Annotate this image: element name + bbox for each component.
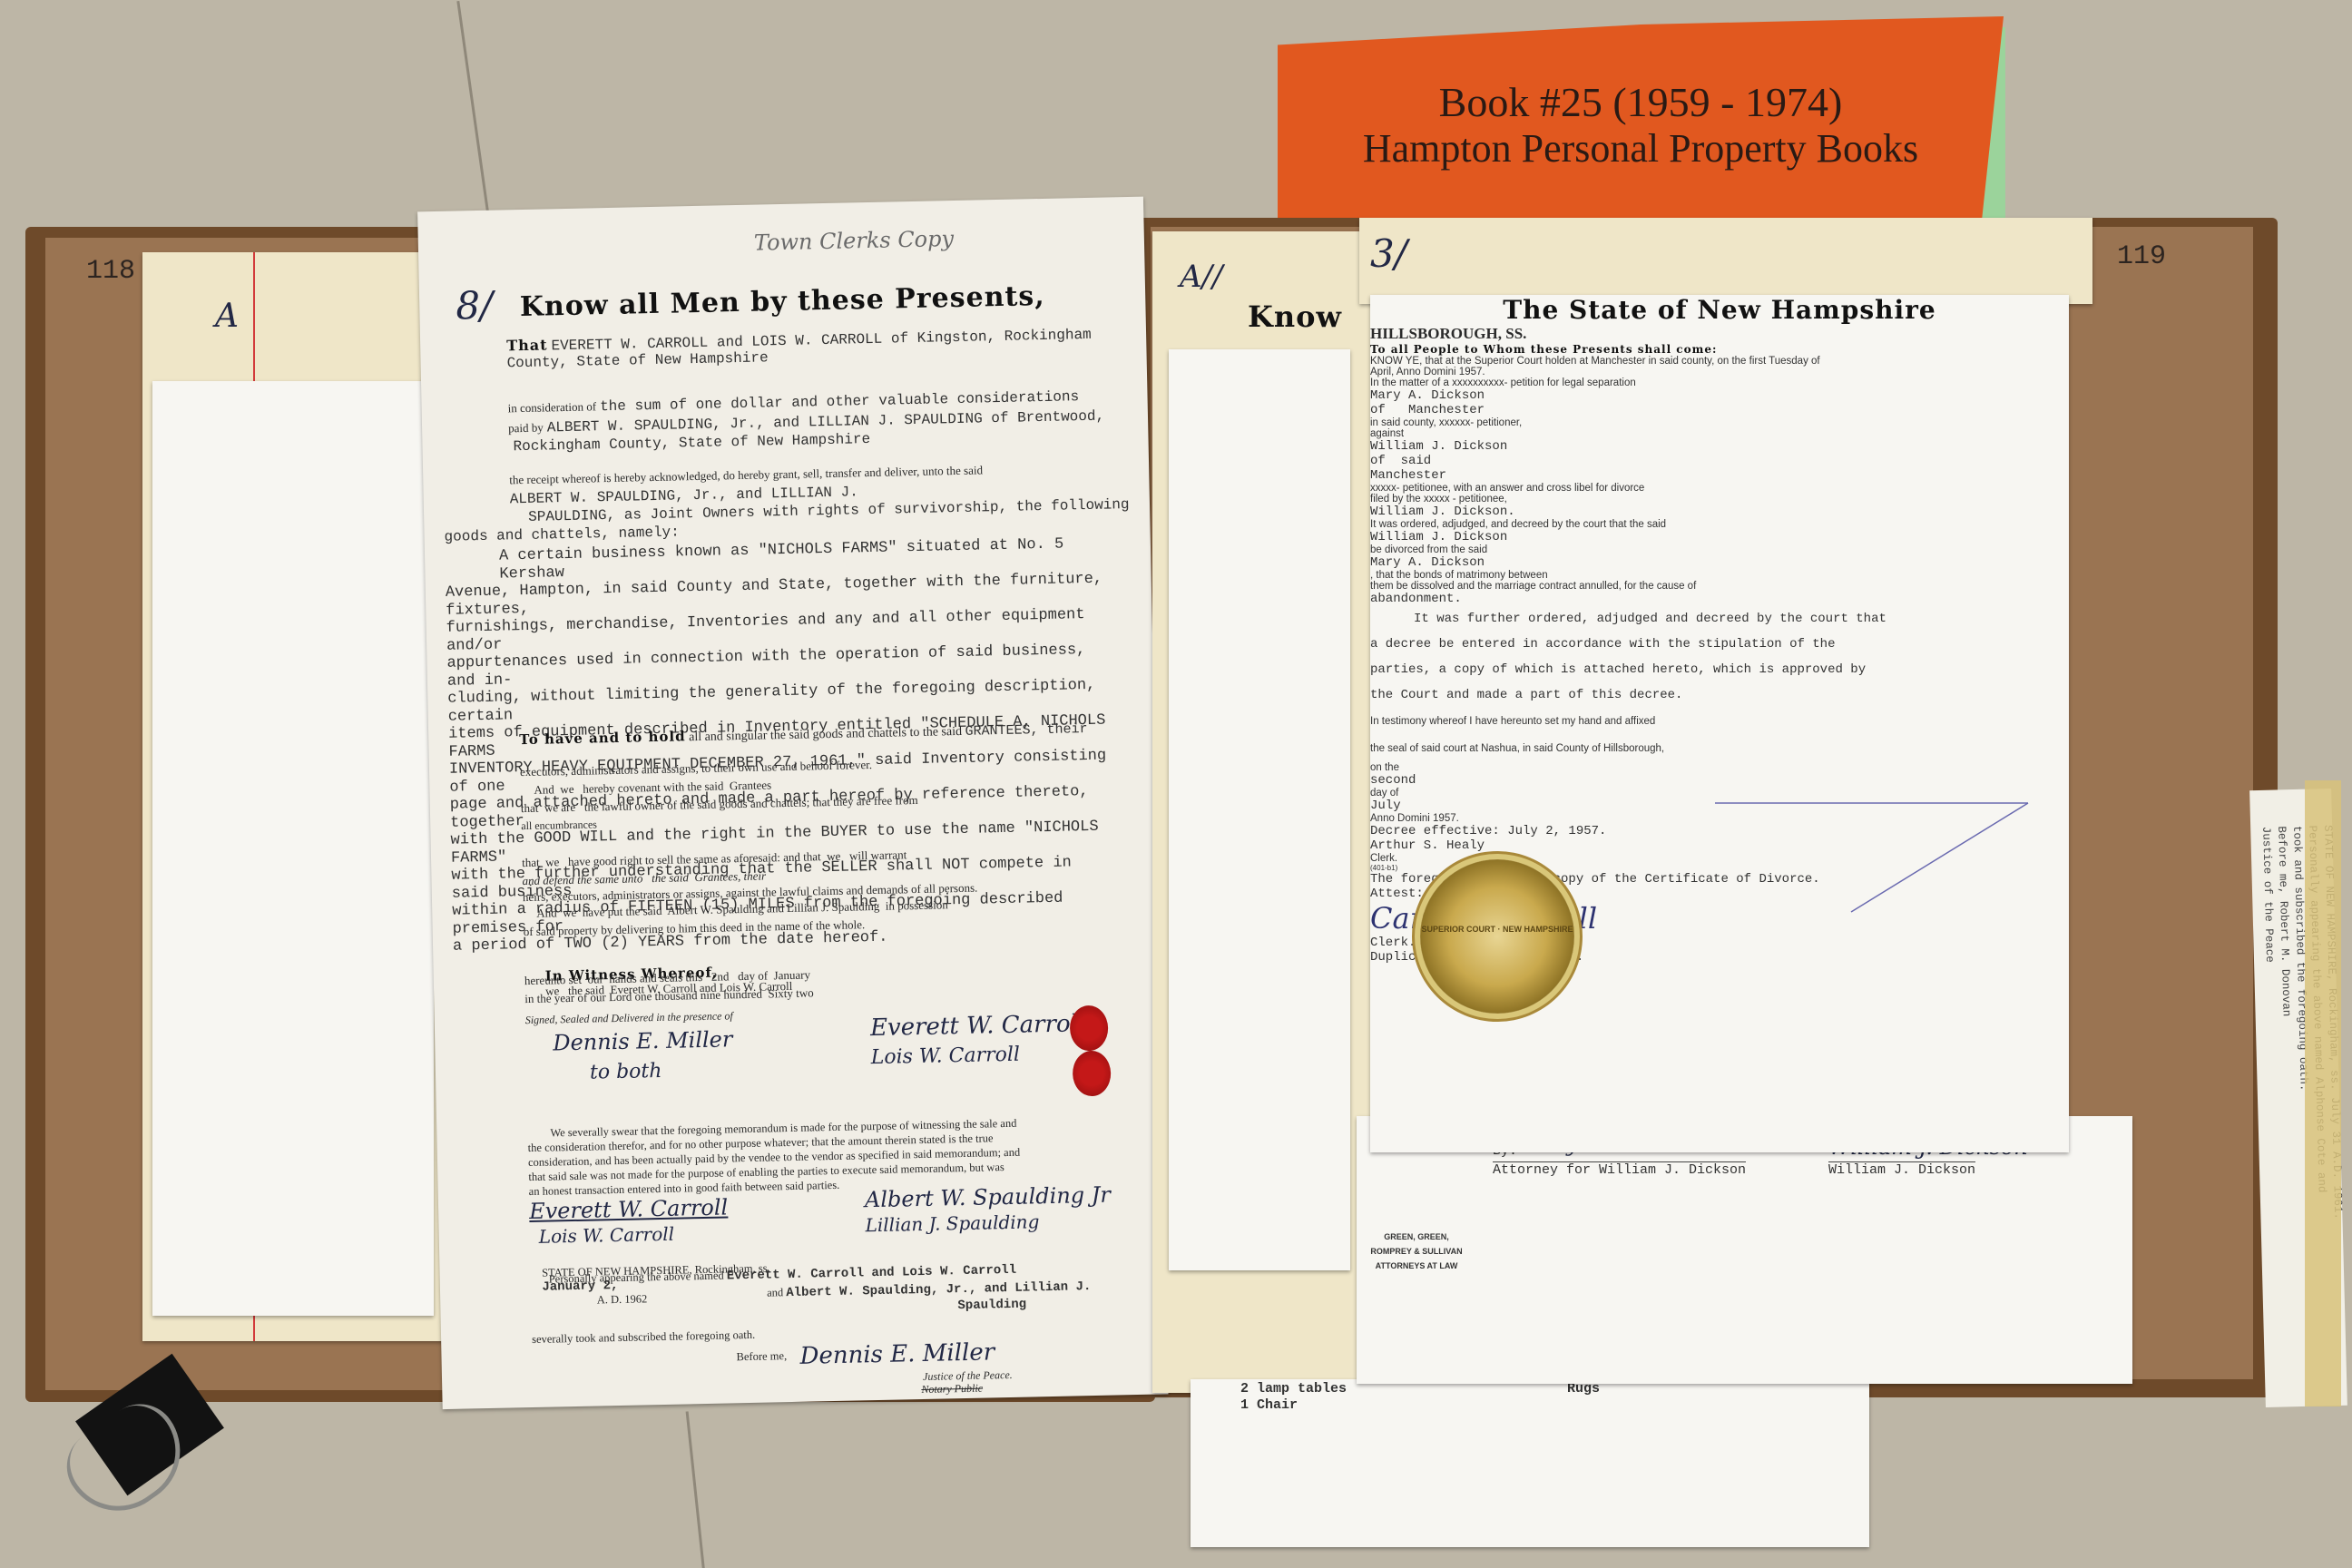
paid-by-prefix: paid by <box>508 421 544 436</box>
divorce-certificate: The State of New Hampshire HILLSBOROUGH,… <box>1370 295 2069 1152</box>
know-ye: KNOW YE, that at the Superior Court hold… <box>1370 356 2069 367</box>
on-the: on the <box>1370 762 2069 773</box>
insert-heading: Know <box>1248 299 1342 334</box>
grantor-signature-2: Lois W. Carroll <box>870 1044 1020 1069</box>
cause: abandonment. <box>1370 592 2069 606</box>
attorney-line: Attorney for William J. Dickson <box>1493 1161 1746 1178</box>
inventory-item: 1 Chair <box>1240 1397 1298 1413</box>
state-ad: A. D. 1962 <box>597 1292 648 1306</box>
further-order: It was further ordered, adjudged and dec… <box>1370 606 2069 708</box>
pencil-note: Town Clerks Copy <box>754 226 955 256</box>
habendum-lead: To have and to hold <box>519 728 686 748</box>
further-line: parties, a copy of which is attached her… <box>1370 657 2069 682</box>
insert-margin-mark: A// <box>1180 259 1222 295</box>
law-firm-block: GREEN, GREEN, ROMPREY & SULLIVAN ATTORNE… <box>1362 1230 1471 1273</box>
salutation: To all People to Whom these Presents sha… <box>1370 343 2069 356</box>
firm-line: ROMPREY & SULLIVAN <box>1362 1244 1471 1259</box>
certificate-header-strip: 3/ <box>1359 218 2092 304</box>
certificate-margin-mark: 3/ <box>1370 231 1407 276</box>
adhesive-tape <box>2305 780 2341 1406</box>
testimony-line: the seal of said court at Nashua, in sai… <box>1370 735 2069 762</box>
that-prefix: That <box>506 336 548 354</box>
blank-slip <box>152 381 434 1316</box>
day-word: second <box>1370 773 2069 788</box>
jp-signature: Dennis E. Miller <box>799 1338 995 1369</box>
against: against <box>1370 428 2069 439</box>
wax-seal <box>1070 1005 1109 1052</box>
wax-seal <box>1073 1051 1112 1097</box>
other-party: Mary A. Dickson <box>1370 555 2069 570</box>
in-county: in said county, xxxxxx- petitioner, <box>1370 417 2069 428</box>
oath-signature-4: Lillian J. Spaulding <box>865 1210 1039 1236</box>
habendum-typed: GRANTEES, their <box>965 721 1087 740</box>
further-line: a decree be entered in accordance with t… <box>1370 632 2069 657</box>
petitionee-line: xxxxx- petitionee, with an answer and cr… <box>1370 483 2069 494</box>
certificate-title: The State of New Hampshire <box>1370 295 2069 325</box>
book-label: Book #25 (1959 - 1974) Hampton Personal … <box>1278 16 2004 220</box>
bill-of-sale-deed: Town Clerks Copy 8/ Know all Men by thes… <box>417 197 1168 1409</box>
desk-seam <box>686 1411 706 1568</box>
further-line: It was further ordered, adjudged and dec… <box>1370 606 2069 632</box>
desk-seam <box>456 1 489 217</box>
inventory-slip: 2 lamp tables 1 Chair Rugs <box>1191 1379 1869 1547</box>
testimony: In testimony whereof I have hereunto set… <box>1370 708 2069 762</box>
margin-mark: A <box>215 298 239 335</box>
witness-signature-note: to both <box>590 1060 662 1084</box>
oath-signature-3: Albert W. Spaulding Jr <box>865 1182 1111 1213</box>
page-number-left: 118 <box>86 256 135 287</box>
respondent-city: Manchester <box>1370 468 2069 483</box>
filed-by-name: William J. Dickson. <box>1370 505 2069 519</box>
of-said: of said <box>1370 454 2069 468</box>
book-label-title: Book #25 (1959 - 1974) <box>1278 78 2004 126</box>
party-line: William J. Dickson <box>1828 1161 1975 1178</box>
grantor-signature-1: Everett W. Carroll <box>870 1010 1086 1042</box>
inventory-item: 2 lamp tables <box>1240 1381 1347 1396</box>
ordered: It was ordered, adjudged, and decreed by… <box>1370 519 2069 530</box>
firm-line: ATTORNEYS AT LAW <box>1362 1259 1471 1273</box>
dissolved: them be dissolved and the marriage contr… <box>1370 581 2069 592</box>
divorced-party: William J. Dickson <box>1370 530 2069 544</box>
page-number-right: 119 <box>2117 241 2166 272</box>
appearing-names-3: Spaulding <box>957 1294 1166 1313</box>
book-label-subtitle: Hampton Personal Property Books <box>1278 125 2004 171</box>
county: HILLSBOROUGH, SS. <box>1370 325 2069 343</box>
oath-signature-2: Lois W. Carroll <box>539 1223 675 1248</box>
appearing-prefix: Personally appearing the above named <box>549 1269 724 1286</box>
divorced-from: be divorced from the said <box>1370 544 2069 555</box>
respondent: William J. Dickson <box>1370 439 2069 454</box>
filed-by: filed by the xxxxx - petitionee, <box>1370 494 2069 505</box>
court-seal-icon: SUPERIOR COURT · NEW HAMPSHIRE <box>1420 859 1574 1014</box>
bonds: , that the bonds of matrimony between <box>1370 570 2069 581</box>
deed-title: Know all Men by these Presents, <box>419 279 1146 326</box>
day-of: day of <box>1370 788 2069 799</box>
testimony-line: In testimony whereof I have hereunto set… <box>1370 708 2069 735</box>
appearing-and: and <box>767 1286 783 1298</box>
matter-prefix: In the matter of a xxxxxxxxxx- petition … <box>1370 377 2069 388</box>
further-line: the Court and made a part of this decree… <box>1370 682 2069 708</box>
petitioner: Mary A. Dickson <box>1370 388 2069 403</box>
stipulation-sheet: By: Mary E. Green Attorney for William J… <box>1357 1116 2132 1384</box>
strike-through-line <box>1715 799 2033 916</box>
blank-slip <box>1169 349 1350 1270</box>
consideration-prefix: in consideration of <box>507 399 596 415</box>
firm-line: GREEN, GREEN, <box>1362 1230 1471 1244</box>
seal-text: SUPERIOR COURT · NEW HAMPSHIRE <box>1420 925 1574 934</box>
witness-signature: Dennis E. Miller <box>553 1026 733 1055</box>
oath-signature-1: Everett W. Carroll <box>529 1194 729 1224</box>
term: April, Anno Domini 1957. <box>1370 367 2069 377</box>
of-city: of Manchester <box>1370 403 2069 417</box>
